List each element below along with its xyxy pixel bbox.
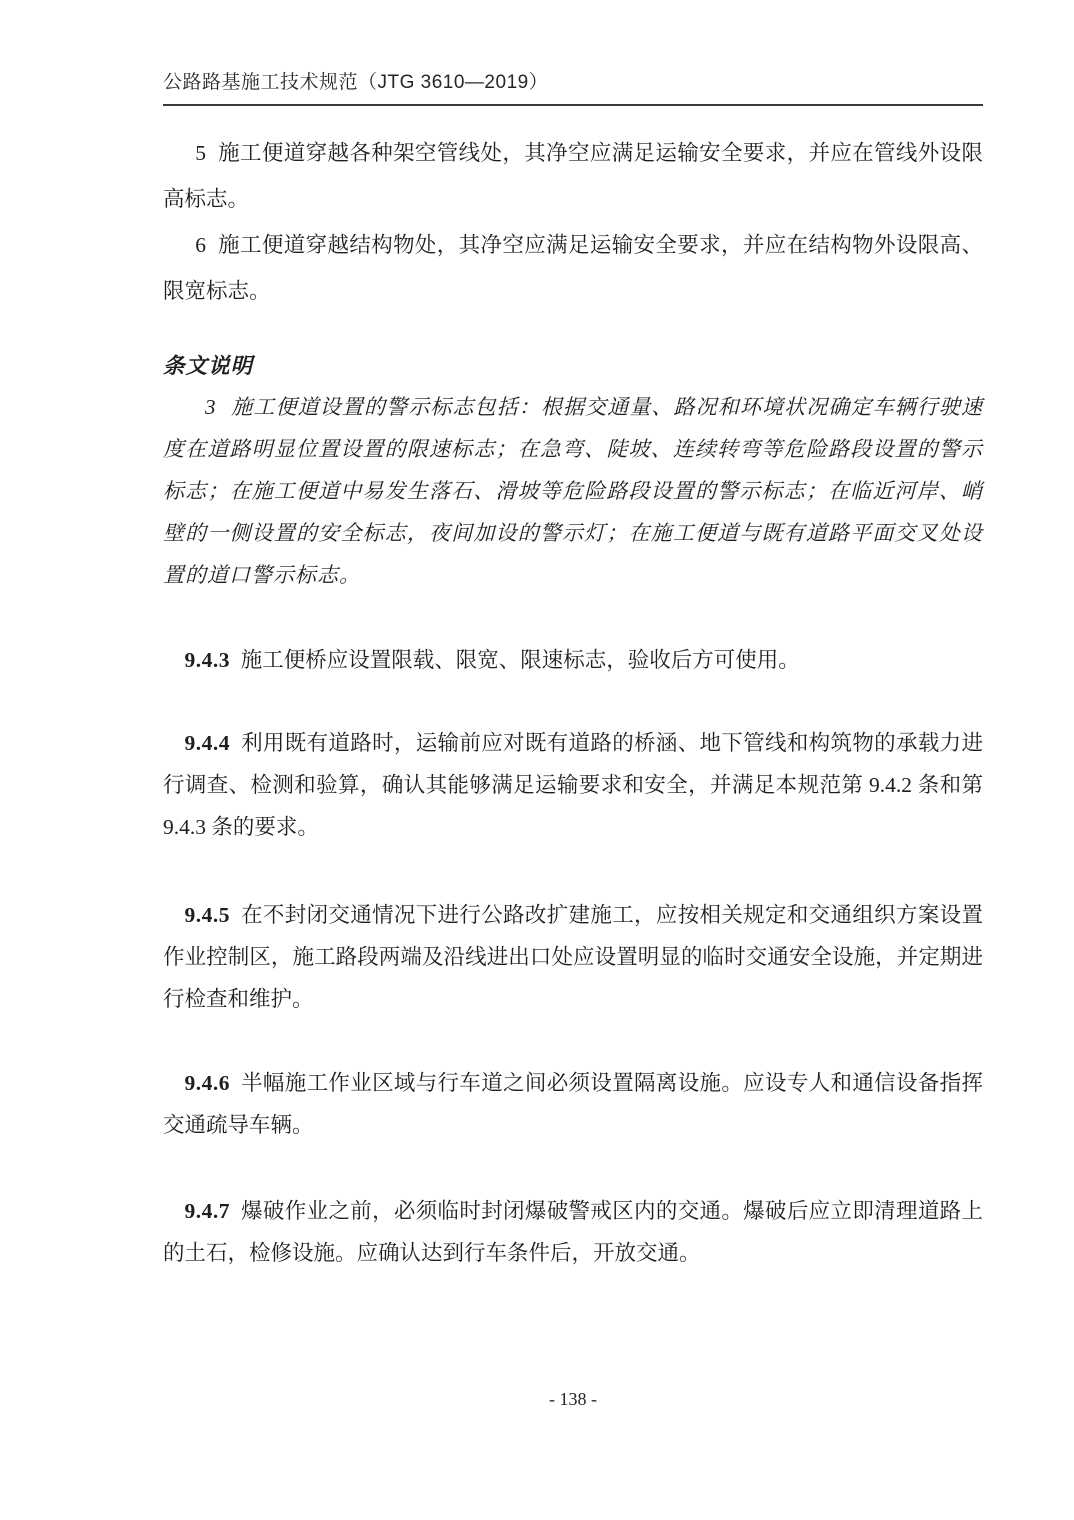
- page-content: 公路路基施工技术规范（JTG 3610—2019） 5施工便道穿越各种架空管线处…: [0, 0, 1074, 1520]
- clause-paragraph-5: 5施工便道穿越各种架空管线处，其净空应满足运输安全要求，并应在管线外设限高标志。: [163, 130, 983, 222]
- clause-text: 施工便道穿越各种架空管线处，其净空应满足运输安全要求，并应在管线外设限高标志。: [163, 141, 983, 211]
- section-paragraph-9-4-4: 9.4.4利用既有道路时，运输前应对既有道路的桥涵、地下管线和构筑物的承载力进行…: [163, 722, 983, 848]
- page-footer: - 138 -: [163, 1386, 983, 1412]
- section-paragraph-9-4-7: 9.4.7爆破作业之前，必须临时封闭爆破警戒区内的交通。爆破后应立即清理道路上的…: [163, 1190, 983, 1274]
- clause-paragraph-6: 6施工便道穿越结构物处，其净空应满足运输安全要求，并应在结构物外设限高、限宽标志…: [163, 222, 983, 314]
- clause-text: 施工便道穿越结构物处，其净空应满足运输安全要求，并应在结构物外设限高、限宽标志。: [163, 233, 983, 303]
- section-text: 半幅施工作业区域与行车道之间必须设置隔离设施。应设专人和通信设备指挥交通疏导车辆…: [163, 1071, 983, 1137]
- clause-list: 5施工便道穿越各种架空管线处，其净空应满足运输安全要求，并应在管线外设限高标志。…: [163, 130, 983, 314]
- section-text: 在不封闭交通情况下进行公路改扩建施工，应按相关规定和交通组织方案设置作业控制区，…: [163, 903, 983, 1011]
- commentary-item-text: 施工便道设置的警示标志包括：根据交通量、路况和环境状况确定车辆行驶速度在道路明显…: [163, 395, 983, 587]
- section-text: 施工便桥应设置限载、限宽、限速标志，验收后方可使用。: [241, 648, 800, 672]
- section-number: 9.4.7: [185, 1199, 231, 1223]
- page-header: 公路路基施工技术规范（JTG 3610—2019）: [163, 0, 983, 106]
- commentary-item-number: 3: [205, 395, 217, 419]
- section-paragraph-9-4-5: 9.4.5在不封闭交通情况下进行公路改扩建施工，应按相关规定和交通组织方案设置作…: [163, 894, 983, 1020]
- clause-number: 5: [195, 141, 206, 165]
- section-text: 爆破作业之前，必须临时封闭爆破警戒区内的交通。爆破后应立即清理道路上的土石，检修…: [163, 1199, 983, 1265]
- document-page: 公路路基施工技术规范（JTG 3610—2019） 5施工便道穿越各种架空管线处…: [0, 0, 1074, 1520]
- section-paragraph-9-4-3: 9.4.3施工便桥应设置限载、限宽、限速标志，验收后方可使用。: [163, 639, 983, 681]
- section-number: 9.4.5: [185, 903, 231, 927]
- running-head-title: 公路路基施工技术规范（JTG 3610—2019）: [163, 70, 983, 96]
- page-number: - 138 -: [549, 1389, 597, 1409]
- section-number: 9.4.6: [185, 1071, 231, 1095]
- commentary-heading: 条文说明: [163, 346, 983, 386]
- section-number: 9.4.4: [185, 731, 231, 755]
- section-number: 9.4.3: [185, 648, 231, 672]
- section-paragraph-9-4-6: 9.4.6半幅施工作业区域与行车道之间必须设置隔离设施。应设专人和通信设备指挥交…: [163, 1062, 983, 1146]
- clause-number: 6: [195, 233, 206, 257]
- section-text: 利用既有道路时，运输前应对既有道路的桥涵、地下管线和构筑物的承载力进行调查、检测…: [163, 731, 983, 839]
- commentary-paragraph: 3施工便道设置的警示标志包括：根据交通量、路况和环境状况确定车辆行驶速度在道路明…: [163, 386, 983, 596]
